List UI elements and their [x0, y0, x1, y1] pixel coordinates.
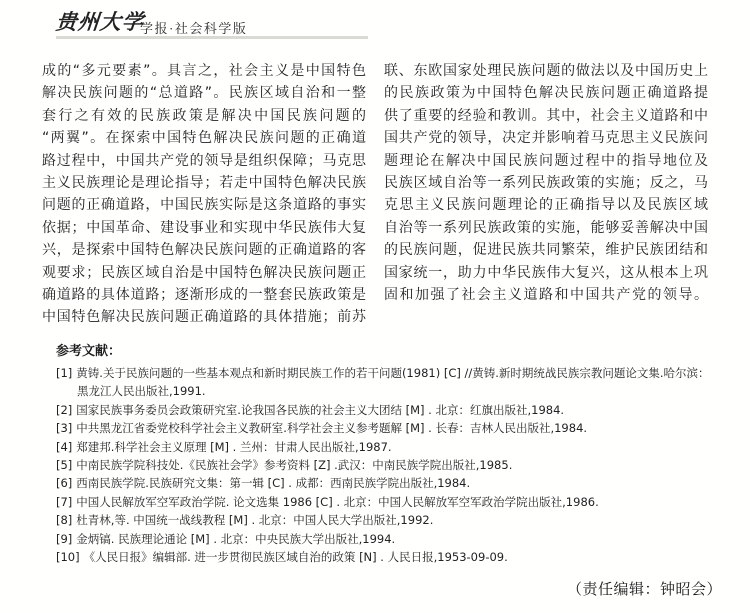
reference-marker: [5] — [56, 458, 72, 472]
reference-text: 《人民日报》编辑部. 进一步贯彻民族区域自治的政策 [N] . 人民日报,195… — [84, 550, 508, 564]
reference-marker: [4] — [56, 440, 72, 454]
text-line: 固和加强了社会主义道路和中国共产党的领导。 — [384, 284, 708, 306]
reference-text: 郑建邦.科学社会主义原理 [M] . 兰州：甘肃人民出版社,1987. — [76, 440, 391, 454]
text-line: 国家统一，助力中华民族伟大复兴，这从根本上巩 — [384, 262, 708, 284]
references-heading: 参考文献： — [56, 342, 720, 362]
text-line: 套行之有效的民族政策是解决中国民族问题的 — [42, 105, 366, 127]
reference-item: [5]中南民族学院科技处.《民族社会学》参考资料 [Z] .武汉：中南民族学院出… — [56, 456, 720, 474]
reference-marker: [7] — [56, 495, 72, 509]
text-line: 自治等一系列民族政策的实施，能够妥善解决中国 — [384, 217, 708, 239]
reference-text: 金炳镐. 民族理论通论 [M] . 北京：中央民族大学出版社,1994. — [76, 532, 395, 546]
reference-text: 西南民族学院.民族研究文集：第一辑 [C] . 成都：西南民族学院出版社,198… — [76, 476, 470, 490]
reference-item: [2]国家民族事务委员会政策研究室.论我国各民族的社会主义大团结 [M] . 北… — [56, 401, 720, 419]
text-line: 供了重要的经验和教训。其中，社会主义道路和中 — [384, 105, 708, 127]
reference-marker: [6] — [56, 476, 72, 490]
reference-item: [7]中国人民解放军空军政治学院. 论文选集 1986 [C] . 北京：中国人… — [56, 493, 720, 511]
reference-item: [10]《人民日报》编辑部. 进一步贯彻民族区域自治的政策 [N] . 人民日报… — [56, 548, 720, 566]
text-line: 题理论在解决中国民族问题过程中的指导地位及 — [384, 150, 708, 172]
editor-note: （责任编辑：钟昭会） — [567, 578, 722, 599]
article-column-right: 联、东欧国家处理民族问题的做法以及中国历史上 的民族政策为中国特色解决民族问题正… — [384, 60, 708, 306]
article-column-left: 成的“多元要素”。具言之，社会主义是中国特色 解决民族问题的“总道路”。民族区域… — [42, 60, 366, 329]
references-list: [1]黄铸.关于民族问题的一些基本观点和新时期民族工作的若干问题(1981) [… — [56, 364, 720, 566]
reference-text: 国家民族事务委员会政策研究室.论我国各民族的社会主义大团结 [M] . 北京：红… — [76, 403, 564, 417]
text-line: 路过程中，中国共产党的领导是组织保障；马克思 — [42, 150, 366, 172]
text-line: 的民族政策为中国特色解决民族问题正确道路提 — [384, 82, 708, 104]
reference-marker: [8] — [56, 513, 72, 527]
reference-text: 中国人民解放军空军政治学院. 论文选集 1986 [C] . 北京：中国人民解放… — [76, 495, 598, 509]
reference-item: [3]中共黑龙江省委党校科学社会主义教研室.科学社会主义参考题解 [M] . 长… — [56, 419, 720, 437]
reference-item: [8]杜青林,等. 中国统一战线教程 [M] . 北京：中国人民大学出版社,19… — [56, 511, 720, 529]
reference-item: [9]金炳镐. 民族理论通论 [M] . 北京：中央民族大学出版社,1994. — [56, 530, 720, 548]
reference-item: [4]郑建邦.科学社会主义原理 [M] . 兰州：甘肃人民出版社,1987. — [56, 438, 720, 456]
text-line: 依据；中国革命、建设事业和实现中华民族伟大复 — [42, 217, 366, 239]
text-line: 克思主义民族问题理论的正确指导以及民族区域 — [384, 194, 708, 216]
text-line: 解决民族问题的“总道路”。民族区域自治和一整 — [42, 82, 366, 104]
text-line: 确道路的具体道路；逐渐形成的一整套民族政策是 — [42, 284, 366, 306]
text-line: 问题的正确道路，中国民族实际是这条道路的事实 — [42, 194, 366, 216]
text-line: 成的“多元要素”。具言之，社会主义是中国特色 — [42, 60, 366, 82]
text-line: 联、东欧国家处理民族问题的做法以及中国历史上 — [384, 60, 708, 82]
text-line: 中国特色解决民族问题正确道路的具体措施；前苏 — [42, 306, 366, 328]
text-line: 兴，是探索中国特色解决民族问题的正确道路的客 — [42, 239, 366, 261]
reference-marker: [1] — [56, 366, 72, 380]
reference-text: 杜青林,等. 中国统一战线教程 [M] . 北京：中国人民大学出版社,1992. — [76, 513, 433, 527]
text-line: 国共产党的领导，决定并影响着马克思主义民族问 — [384, 127, 708, 149]
text-line: 主义民族理论是理论指导；若走中国特色解决民族 — [42, 172, 366, 194]
reference-item: [1]黄铸.关于民族问题的一些基本观点和新时期民族工作的若干问题(1981) [… — [56, 364, 720, 401]
reference-text: 中共黑龙江省委党校科学社会主义教研室.科学社会主义参考题解 [M] . 长春：吉… — [76, 421, 587, 435]
text-line: 民族区域自治等一系列民族政策的实施；反之，马 — [384, 172, 708, 194]
text-line: 观要求；民族区域自治是中国特色解决民族问题正 — [42, 262, 366, 284]
reference-text: 中南民族学院科技处.《民族社会学》参考资料 [Z] .武汉：中南民族学院出版社,… — [76, 458, 512, 472]
reference-marker: [10] — [56, 550, 80, 564]
reference-marker: [3] — [56, 421, 72, 435]
reference-text: 黄铸.关于民族问题的一些基本观点和新时期民族工作的若干问题(1981) [C] … — [76, 366, 709, 398]
text-line: “两翼”。在探索中国特色解决民族问题的正确道 — [42, 127, 366, 149]
references-section: 参考文献： [1]黄铸.关于民族问题的一些基本观点和新时期民族工作的若干问题(1… — [56, 342, 720, 566]
reference-item: [6]西南民族学院.民族研究文集：第一辑 [C] . 成都：西南民族学院出版社,… — [56, 474, 720, 492]
journal-subtitle: 学报·社会科学版 — [140, 18, 247, 37]
journal-logo: 贵州大学 — [55, 6, 146, 36]
reference-marker: [2] — [56, 403, 72, 417]
text-line: 的民族问题，促进民族共同繁荣，维护民族团结和 — [384, 239, 708, 261]
reference-marker: [9] — [56, 532, 72, 546]
masthead-rule — [56, 36, 368, 39]
journal-page: 贵州大学 学报·社会科学版 成的“多元要素”。具言之，社会主义是中国特色 解决民… — [0, 0, 750, 613]
